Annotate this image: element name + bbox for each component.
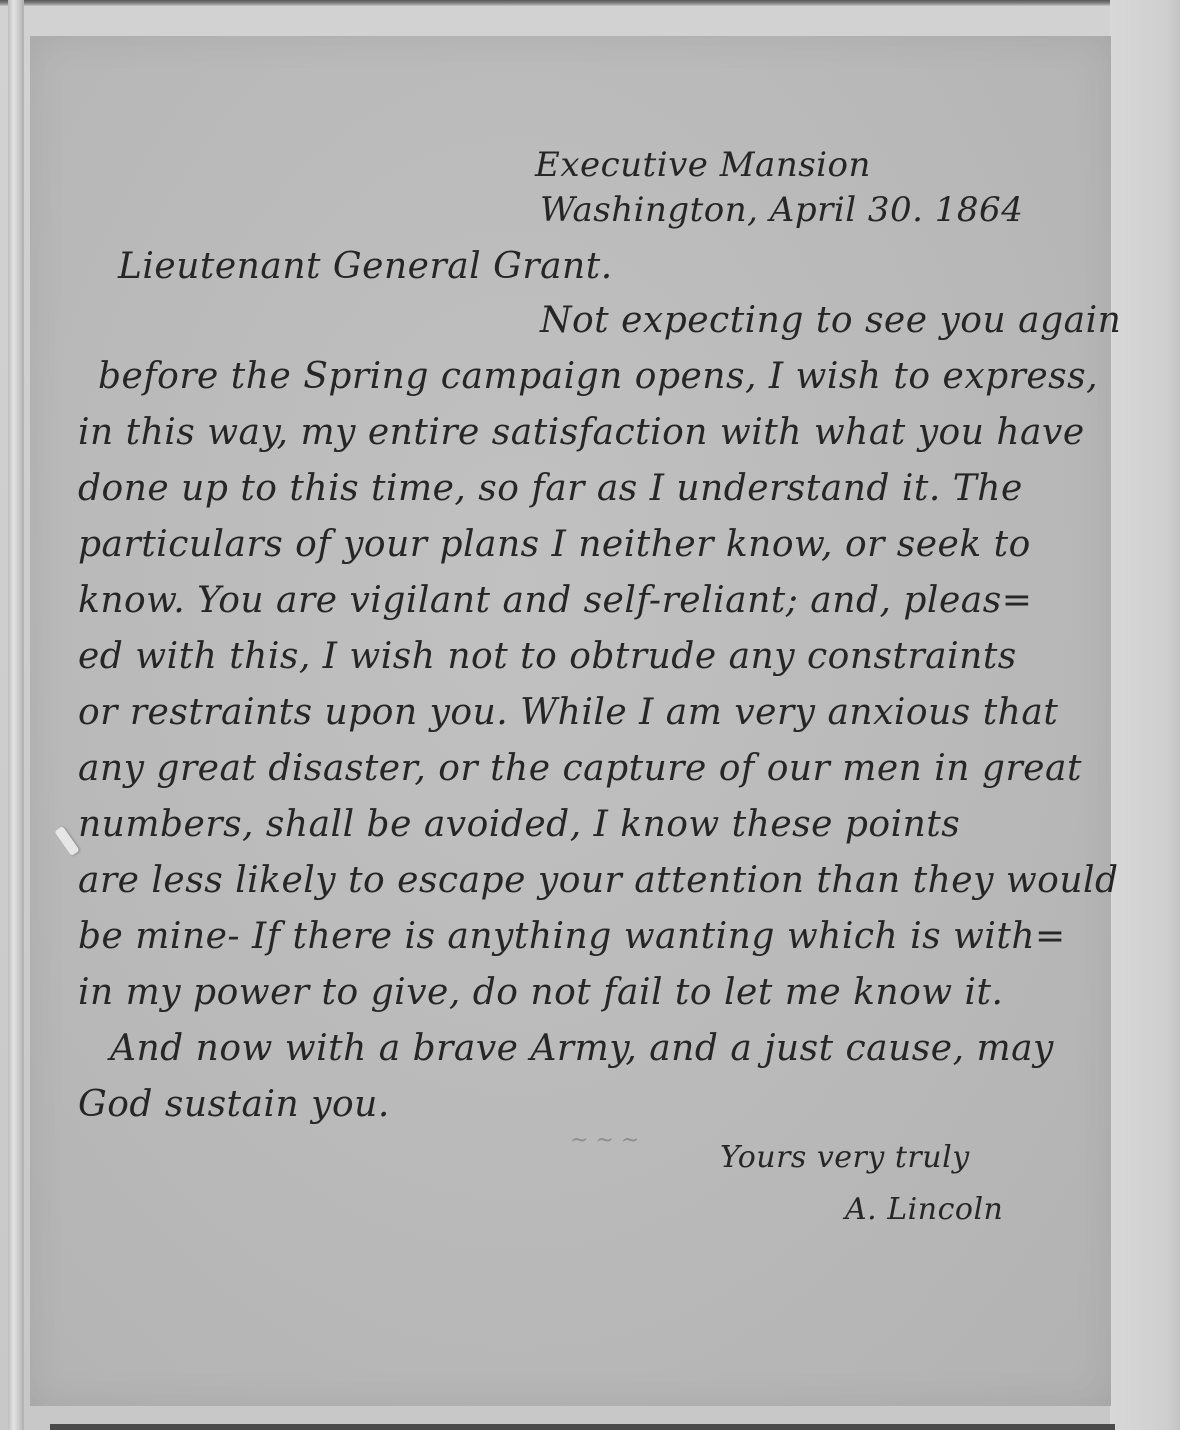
bottom-edge: [50, 1424, 1115, 1430]
left-fold-line: [22, 0, 24, 1430]
body-line-10: numbers, shall be avoided, I know these …: [78, 804, 960, 845]
right-margin: [1110, 0, 1180, 1430]
top-edge: [0, 0, 1180, 6]
salutation: Lieutenant General Grant.: [118, 246, 613, 287]
closing: Yours very truly: [720, 1140, 970, 1175]
body-line-14: And now with a brave Army, and a just ca…: [110, 1028, 1054, 1069]
body-line-7: ed with this, I wish not to obtrude any …: [78, 636, 1017, 677]
body-line-4: done up to this time, so far as I unders…: [78, 468, 1023, 509]
body-line-2: before the Spring campaign opens, I wish…: [98, 356, 1098, 397]
body-line-13: in my power to give, do not fail to let …: [78, 972, 1003, 1013]
body-line-11: are less likely to escape your attention…: [78, 860, 1119, 901]
body-line-6: know. You are vigilant and self-reliant;…: [78, 580, 1032, 621]
body-line-12: be mine- If there is anything wanting wh…: [78, 916, 1066, 957]
heading-place: Executive Mansion: [535, 145, 871, 185]
body-line-9: any great disaster, or the capture of ou…: [78, 748, 1082, 789]
body-line-3: in this way, my entire satisfaction with…: [78, 412, 1085, 453]
body-line-8: or restraints upon you. While I am very …: [78, 692, 1058, 733]
body-line-5: particulars of your plans I neither know…: [78, 524, 1031, 565]
pencil-marks: ~ ~ ~: [570, 1128, 639, 1153]
signature: A. Lincoln: [845, 1192, 1003, 1227]
body-line-1: Not expecting to see you again: [540, 300, 1121, 341]
body-line-15: God sustain you.: [78, 1084, 390, 1125]
left-fold: [8, 0, 22, 1430]
heading-date: Washington, April 30. 1864: [540, 190, 1023, 230]
